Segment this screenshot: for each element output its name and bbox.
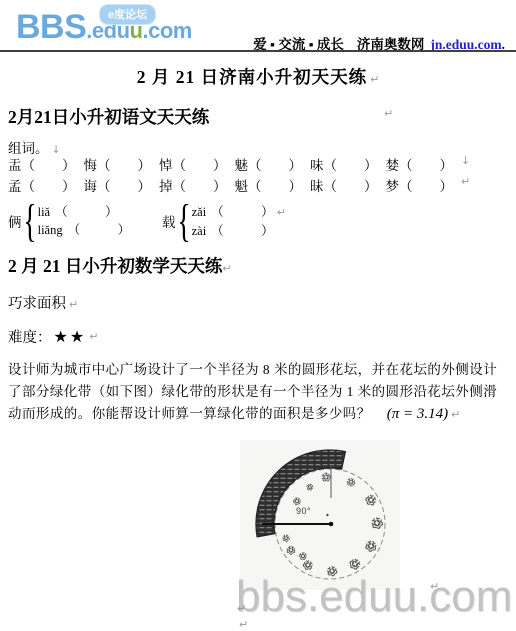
pinyin-reading: liǎ（ ） (38, 203, 131, 221)
zuci-cell: 悔（ ） (84, 154, 152, 174)
pinyin-reading: liǎng（ ） (38, 221, 131, 239)
zuci-cell: 味（ ） (310, 154, 378, 174)
chinese-section-heading: 2月21日小升初语文天天练 (8, 104, 209, 129)
paragraph-mark: ↵ (461, 175, 470, 195)
zuci-cell: 魁（ ） (235, 175, 303, 195)
zuci-cell: 诲（ ） (84, 175, 152, 195)
brace-glyph: { (177, 199, 190, 243)
pinyin-reading: zài（ ） (192, 222, 286, 240)
paragraph-mark: ↵ (237, 602, 246, 615)
problem-line-3: 动而形成的。你能帮设计师算一算绿化带的面积是多少吗？ (π = 3.14) ↵ (8, 402, 460, 423)
pinyin-char: 载 (162, 211, 176, 231)
paragraph-mark: ↵ (277, 206, 286, 219)
paragraph-mark: ↵ (370, 73, 379, 86)
zuci-cell: 婪（ ） (386, 154, 454, 174)
pi-formula: (π = 3.14) (387, 406, 448, 423)
paragraph-mark: ↵ (384, 107, 393, 120)
paragraph-mark: ↵ (69, 298, 78, 311)
pinyin-char: 俩 (8, 211, 22, 231)
math-topic: 巧求面积↵ (8, 292, 78, 313)
zuci-cell: 梦（ ） (386, 175, 454, 195)
zuci-cell: 掉（ ） (159, 175, 227, 195)
paragraph-mark: ↵ (451, 408, 460, 421)
zuci-cell: 悼（ ） (159, 154, 227, 174)
watermark-text: bbs.eduu.com (236, 575, 512, 619)
paragraph-mark: ↵ (239, 618, 248, 631)
zuci-row-1: 盂（ ） 悔（ ） 悼（ ） 魅（ ） 味（ ） 婪（ ） ↓ (8, 154, 470, 174)
pinyin-word-zai: 载 { zǎi（ ）↵ zài（ ） (162, 199, 286, 243)
zuci-cell: 魅（ ） (235, 154, 303, 174)
paragraph-mark: ↵ (222, 262, 231, 275)
zuci-cell: 昧（ ） (310, 175, 378, 195)
logo-bbs-text: BBS (16, 9, 86, 45)
forum-badge: e度论坛 (99, 4, 156, 25)
zuci-row-2: 孟（ ） 诲（ ） 掉（ ） 魁（ ） 昧（ ） 梦（ ） ↵ (8, 175, 470, 195)
center-dot (329, 522, 334, 527)
small-dot (326, 514, 328, 516)
zuci-cell: 孟（ ） (8, 175, 76, 195)
difficulty-label: 难度： (8, 326, 52, 347)
difficulty-row: 难度： ★★ ↵ (8, 326, 98, 347)
brace-glyph: { (23, 199, 36, 243)
zuci-cell: 盂（ ） (8, 154, 76, 174)
pinyin-reading: zǎi（ ）↵ (192, 203, 286, 222)
page-title: 2 月 21 日济南小升初天天练↵ (0, 64, 516, 89)
math-section-heading: 2 月 21 日小升初数学天天练↵ (8, 253, 232, 278)
flowerbed-figure: 90° (240, 440, 400, 590)
paragraph-mark: ↵ (430, 580, 439, 593)
angle-label: 90° (296, 506, 311, 516)
linebreak-mark: ↓ (461, 154, 470, 174)
problem-line-1: 设计师为城市中心广场设计了一个半径为 8 米的圆形花坛，并在花坛的外侧设计 (8, 358, 497, 378)
problem-line-2: 了部分绿化带（如下图）绿化带的形状是有一个半径为 1 米的圆形沿花坛外侧滑 (8, 380, 497, 400)
header-divider (0, 50, 516, 52)
document-page: BBS.eduŭ.com e度论坛 爱 ▪ 交流 ▪ 成长 济南奥数网 jn.e… (0, 0, 516, 631)
difficulty-stars: ★★ (54, 327, 87, 347)
pinyin-word-lia: 俩 { liǎ（ ） liǎng（ ） (8, 199, 130, 243)
paragraph-mark: ↵ (89, 330, 98, 343)
